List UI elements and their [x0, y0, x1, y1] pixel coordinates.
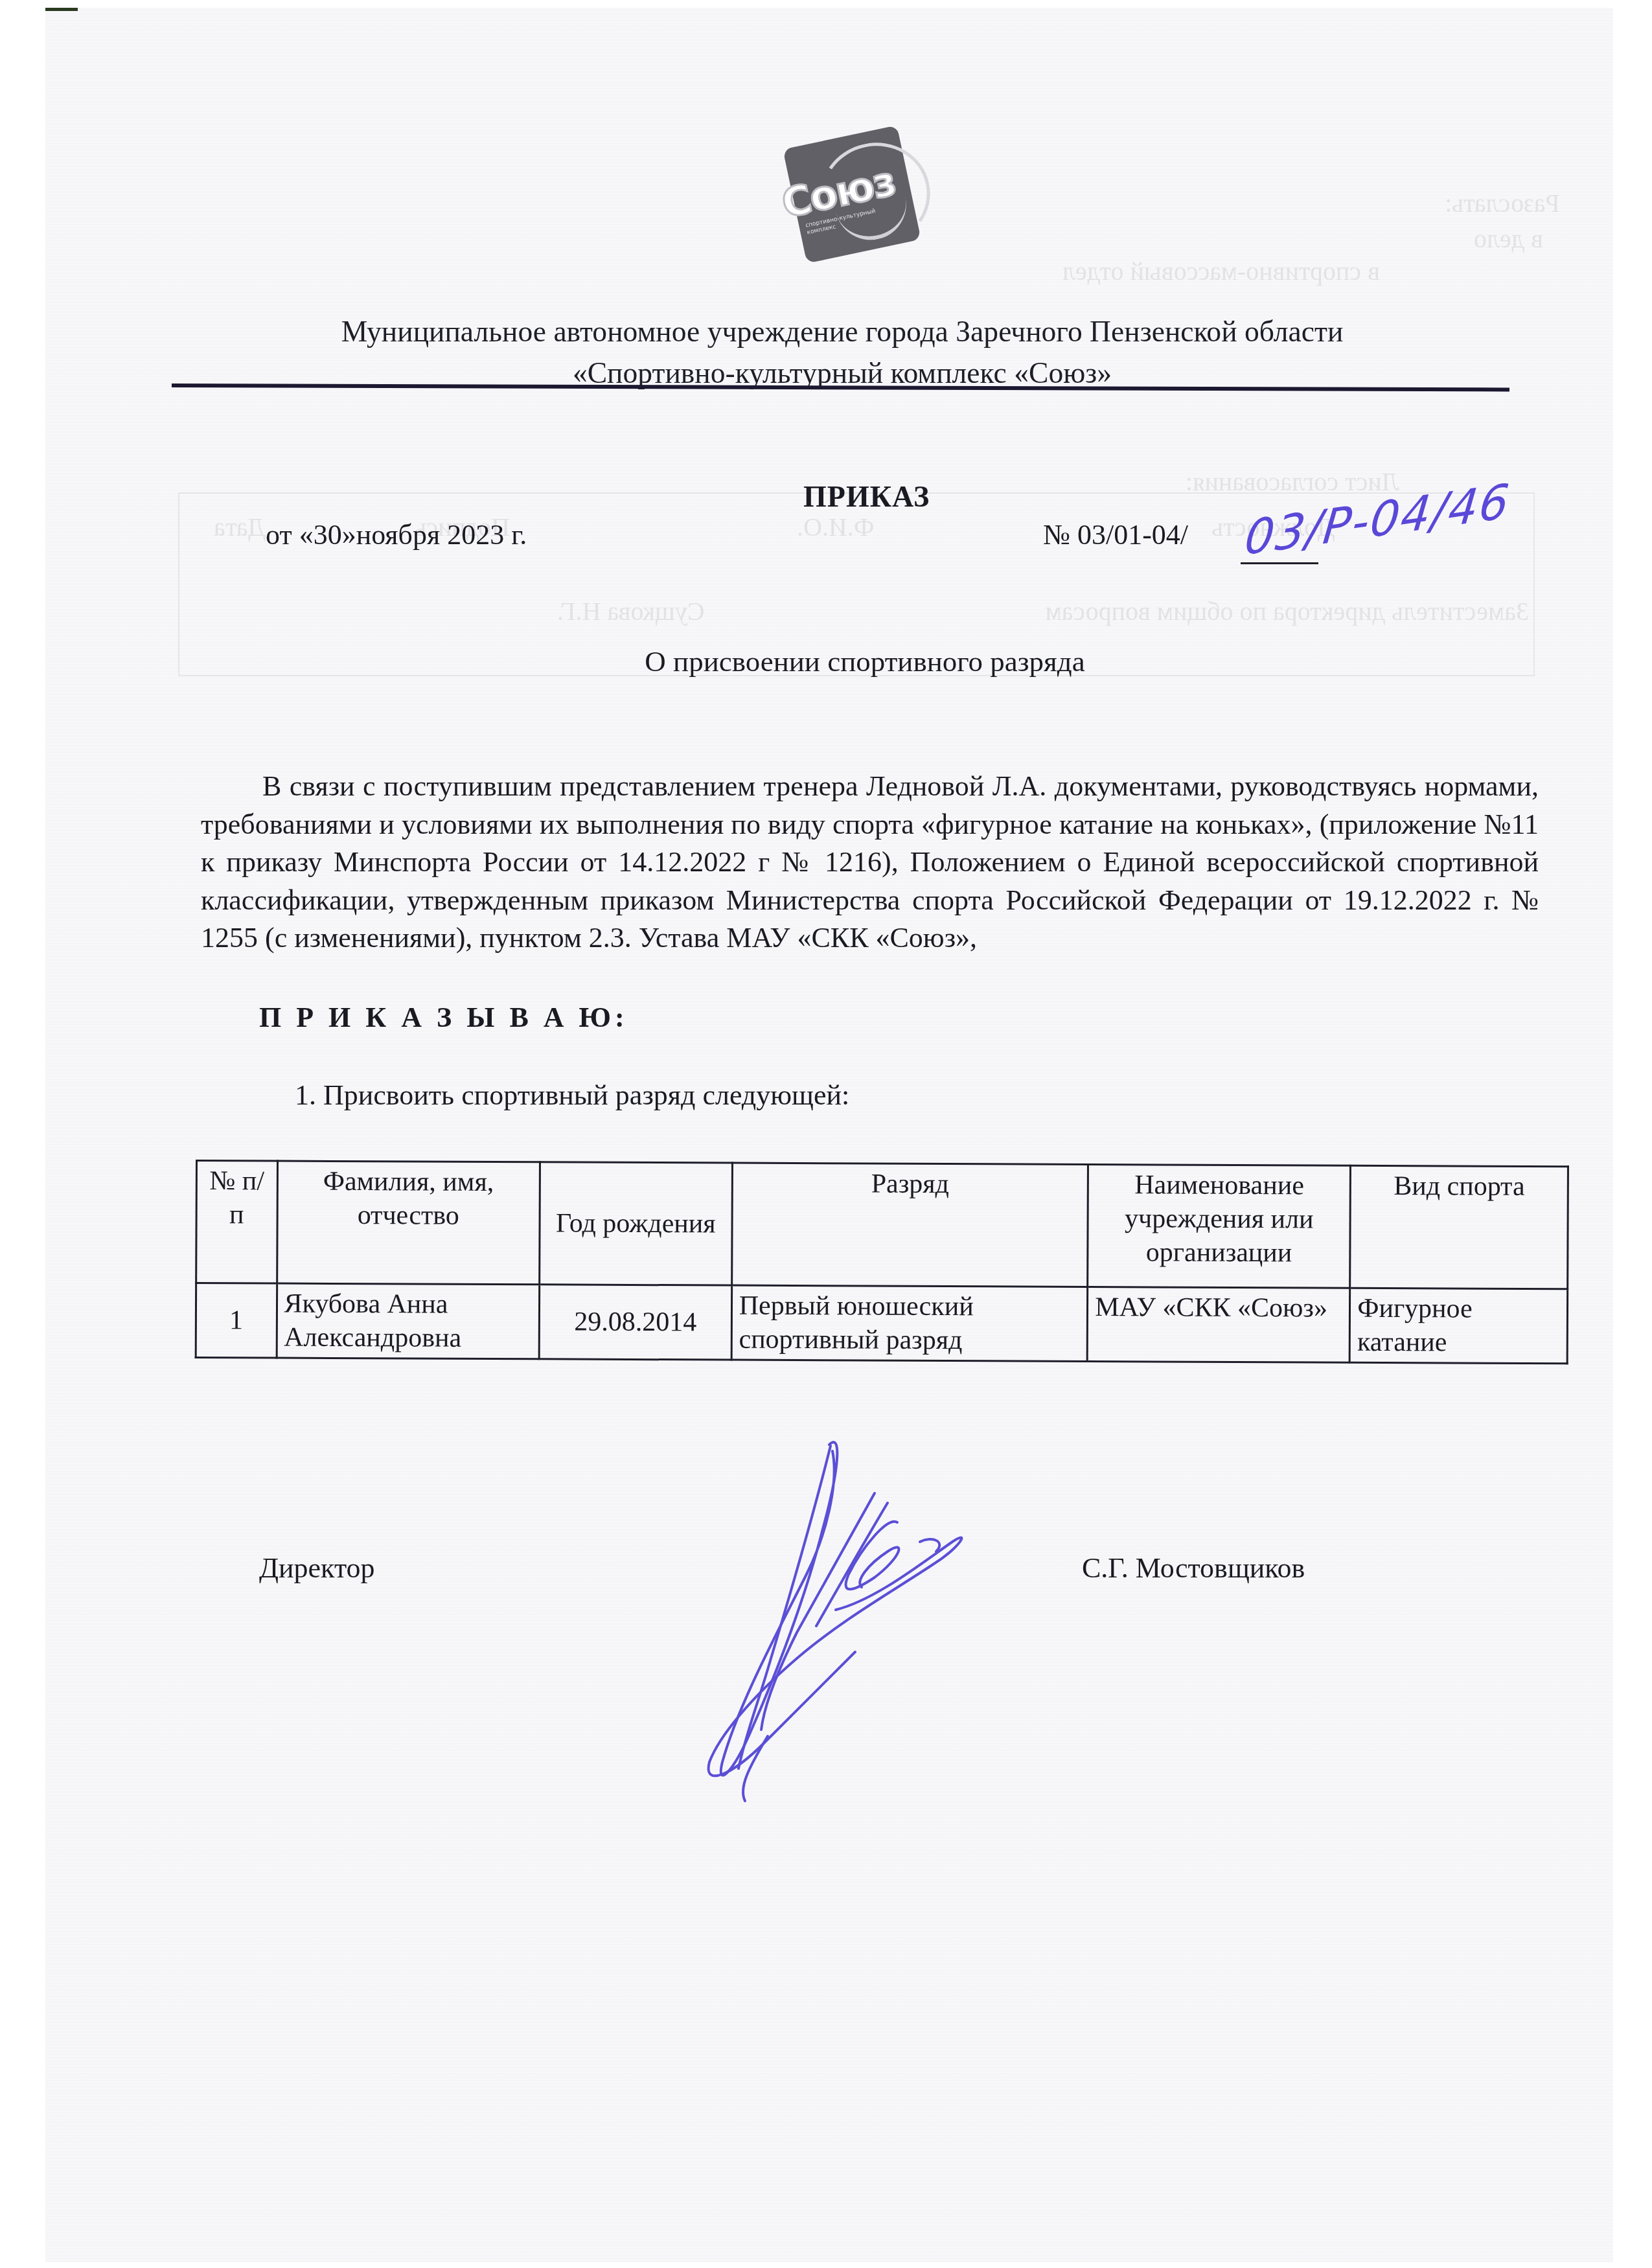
- table-header-row: № п/п Фамилия, имя, отчество Год рождени…: [196, 1161, 1568, 1289]
- header-birth-date: Год рождения: [540, 1162, 733, 1285]
- scan-edge-artifact: [45, 8, 78, 11]
- header-sport: Вид спорта: [1350, 1165, 1568, 1289]
- order-directive: П Р И К А З Ы В А Ю:: [259, 1001, 628, 1034]
- cell-birth-date: 29.08.2014: [539, 1285, 731, 1360]
- header-number: № п/п: [196, 1161, 277, 1284]
- cell-rank: Первый юношеский спортивный разряд: [731, 1285, 1088, 1361]
- preamble-paragraph: В связи с поступившим представлением тре…: [201, 768, 1539, 957]
- soyuz-logo: Союз спортивно-культурный комплекс: [783, 125, 921, 263]
- ghost-text: Сущкова Н.Г.: [557, 596, 705, 626]
- ghost-text: Заместитель директора по общим вопросам: [1011, 596, 1529, 626]
- org-line-1: Муниципальное автономное учреждение горо…: [183, 311, 1502, 352]
- organization-name: Муниципальное автономное учреждение горо…: [183, 311, 1502, 394]
- athlete-rank-table: № п/п Фамилия, имя, отчество Год рождени…: [195, 1160, 1569, 1364]
- cell-full-name: Якубова Анна Александровна: [277, 1283, 540, 1359]
- header-organization: Наименование учреждения или организации: [1088, 1165, 1351, 1289]
- cell-organization: МАУ «СКК «Союз»: [1087, 1287, 1350, 1363]
- order-item-1: 1. Присвоить спортивный разряд следующей…: [295, 1079, 849, 1112]
- ghost-text: в спортивно-массовый отдел: [1062, 256, 1380, 286]
- table-row: 1 Якубова Анна Александровна 29.08.2014 …: [196, 1283, 1567, 1364]
- cell-number: 1: [196, 1283, 277, 1358]
- signatory-role: Директор: [259, 1552, 375, 1585]
- handwritten-signature-icon: [583, 1425, 1101, 1814]
- ghost-text: Ф.И.О.: [797, 512, 874, 542]
- document-number: № 03/01-04/: [1043, 518, 1188, 551]
- document-subject: О присвоении спортивного разряда: [0, 645, 1652, 678]
- document-date: от «30»ноября 2023 г.: [266, 518, 527, 551]
- header-full-name: Фамилия, имя, отчество: [277, 1161, 540, 1285]
- signatory-name: С.Г. Мостовщиков: [1082, 1552, 1305, 1585]
- document-title: ПРИКАЗ: [803, 479, 930, 514]
- ghost-text: в дело: [1474, 223, 1543, 254]
- ghost-text: Разослать:: [1445, 188, 1560, 218]
- cell-sport: Фигурное катание: [1349, 1288, 1567, 1363]
- ghost-text: Дата: [214, 512, 266, 542]
- header-rank: Разряд: [731, 1163, 1088, 1287]
